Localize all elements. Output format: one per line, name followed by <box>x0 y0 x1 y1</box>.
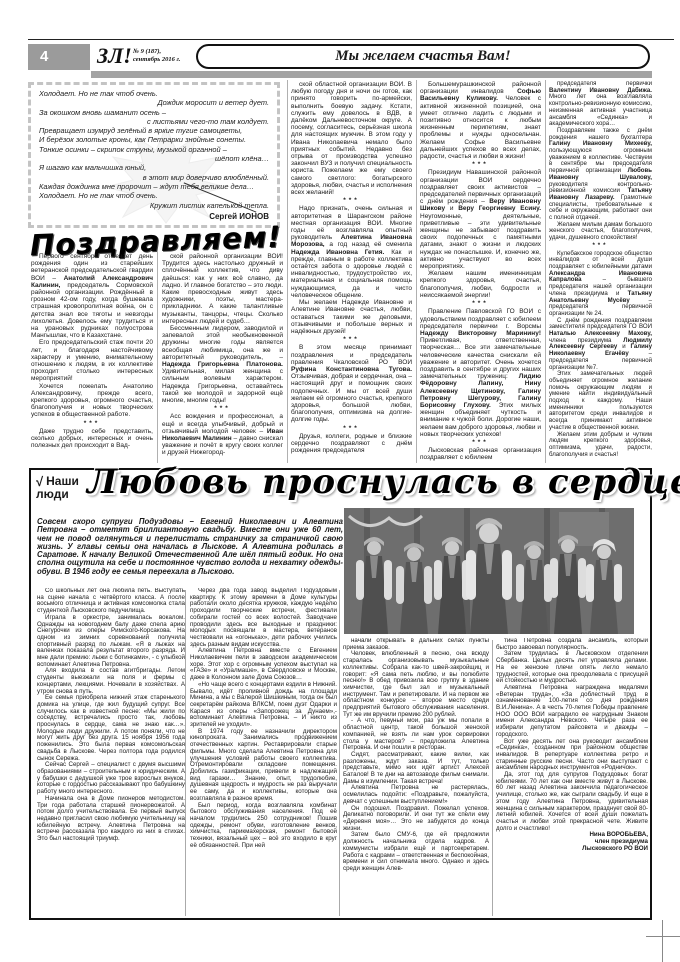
page-number: 4 <box>28 44 90 70</box>
article-column-4-text: тина Петровна создала ансамбль, который … <box>496 638 648 832</box>
article-column-2: Через два года завод выделил Подуздовым … <box>190 588 337 916</box>
congrats-column-4: Большемурашкинской районной организации … <box>420 81 541 463</box>
article-lead: Совсем скоро супруги Подуздовы – Евгений… <box>37 518 343 584</box>
column-rule <box>157 252 158 463</box>
column-rule <box>287 80 288 463</box>
poem-box: Холодает. Но не так чтоб очень.Дождик мо… <box>28 82 280 228</box>
congrats-column-2: ской районной организации ВОИ! Трудится … <box>162 253 283 464</box>
page-motto-banner: Мы желаем счастья Вам! <box>196 44 650 69</box>
congrats-column-5: председателя первички Валентину Ивановну… <box>549 81 652 463</box>
article-signature: Нина ВОРОБЬЕВА,член президиумаЛысковског… <box>496 832 648 852</box>
choir-photo <box>344 508 634 634</box>
article-column-rule <box>492 640 493 916</box>
article-column-rule <box>339 590 340 916</box>
crop-mark <box>646 936 680 937</box>
poem-author: Сергей ИОНОВ <box>39 212 269 221</box>
article-column-3: начали открывать в дальних селах пункты … <box>343 638 489 916</box>
article-column-4: тина Петровна создала ансамбль, который … <box>496 638 648 916</box>
poem-lines: Холодает. Но не так чтоб очень.Дождик мо… <box>39 89 269 210</box>
masthead-gray-bar <box>91 71 652 78</box>
top-rule <box>28 39 674 40</box>
feature-article-box: √ Наши люди Любовь проснулась в сердце С… <box>29 468 652 920</box>
rubric-line2: люди <box>36 487 69 501</box>
crop-mark <box>662 920 663 962</box>
article-column-rule <box>185 590 186 916</box>
newspaper-logo: ЗЛ! <box>97 44 132 68</box>
article-headline: Любовь проснулась в сердце <box>87 462 653 502</box>
congrats-column-1: Первого сентября отмечает день рождения … <box>31 253 153 464</box>
column-rule <box>416 80 417 463</box>
congrats-column-3: ской областной организации ВОИ. В любую … <box>291 81 412 463</box>
issue-number: № 9 (187), <box>133 48 180 56</box>
newspaper-page: { "masthead": { "page_number": "4", "log… <box>0 0 680 962</box>
issue-info: № 9 (187), сентябрь 2016 г. <box>133 48 180 64</box>
issue-date: сентябрь 2016 г. <box>133 56 180 64</box>
rubric-line1: Наши <box>46 474 79 488</box>
column-rule <box>545 80 546 463</box>
article-column-1: Со школьных лет она любила петь. Выступа… <box>37 588 185 916</box>
